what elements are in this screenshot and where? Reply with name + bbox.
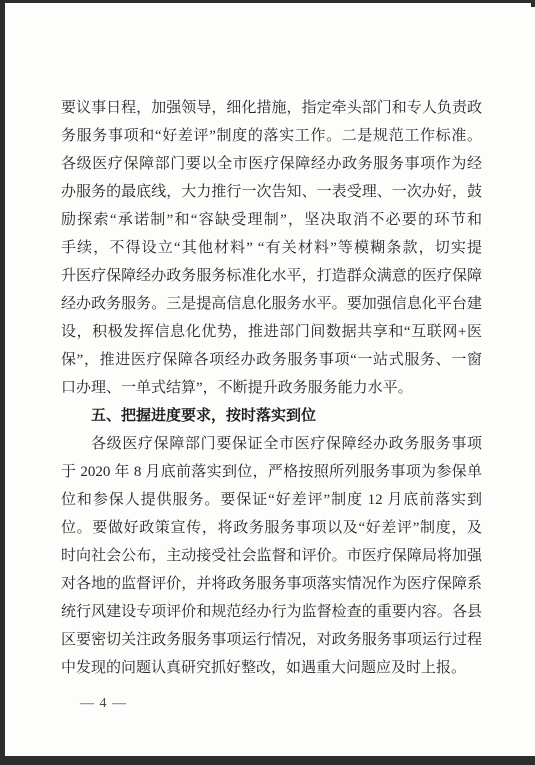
scan-border-bottom (0, 756, 535, 765)
text-line: 位和参保人提供服务。要保证“好差评”制度 12 月底前落实到 (61, 486, 482, 514)
scan-border-top-right (531, 0, 535, 7)
text-line: 统行风建设专项评价和规范经办行为监督检查的重要内容。各县 (61, 598, 482, 626)
text-line: 手续，不得设立“其他材料” “有关材料”等模糊条款，切实提 (61, 234, 482, 262)
page-number: — 4 — (80, 695, 127, 713)
text-line: 区要密切关注政务服务事项运行情况，对政务服务事项运行过程 (61, 626, 482, 654)
text-line: 升医疗保障经办政务服务标准化水平，打造群众满意的医疗保障 (61, 262, 482, 290)
scan-border-top (0, 0, 535, 3)
text-line: 对各地的监督评价，并将政务服务事项落实情况作为医疗保障系 (61, 570, 482, 598)
text-line: 经办政务服务。三是提高信息化服务水平。要加强信息化平台建 (61, 290, 482, 318)
text-line: 于 2020 年 8 月底前落实到位，严格按照所列服务事项为参保单 (61, 458, 482, 486)
section-heading: 五、把握进度要求，按时落实到位 (61, 402, 482, 430)
text-line: 中发现的问题认真研究抓好整改，如遇重大问题应及时上报。 (61, 654, 482, 682)
text-line: 设，积极发挥信息化优势，推进部门间数据共享和“互联网+医 (61, 318, 482, 346)
text-line: 励探索“承诺制”和“容缺受理制”，坚决取消不必要的环节和 (61, 206, 482, 234)
text-line: 务服务事项和“好差评”制度的落实工作。二是规范工作标准。 (61, 122, 482, 150)
document-text-block: 要议事日程，加强领导，细化措施，指定牵头部门和专人负责政务服务事项和“好差评”制… (61, 94, 482, 682)
scan-border-left (0, 0, 5, 765)
text-line: 各级医疗保障部门要以全市医疗保障经办政务服务事项作为经 (61, 150, 482, 178)
text-line: 时向社会公布，主动接受社会监督和评价。市医疗保障局将加强 (61, 542, 482, 570)
text-line: 办服务的最底线，大力推行一次告知、一表受理、一次办好，鼓 (61, 178, 482, 206)
text-line: 位。要做好政策宣传，将政务服务事项以及“好差评”制度，及 (61, 514, 482, 542)
text-line: 保”，推进医疗保障各项经办政务服务事项“一站式服务、一窗 (61, 346, 482, 374)
scanned-document-page: 要议事日程，加强领导，细化措施，指定牵头部门和专人负责政务服务事项和“好差评”制… (0, 0, 535, 765)
text-line: 各级医疗保障部门要保证全市医疗保障经办政务服务事项 (61, 430, 482, 458)
text-line: 要议事日程，加强领导，细化措施，指定牵头部门和专人负责政 (61, 94, 482, 122)
text-line: 口办理、一单式结算”，不断提升政务服务能力水平。 (61, 374, 482, 402)
